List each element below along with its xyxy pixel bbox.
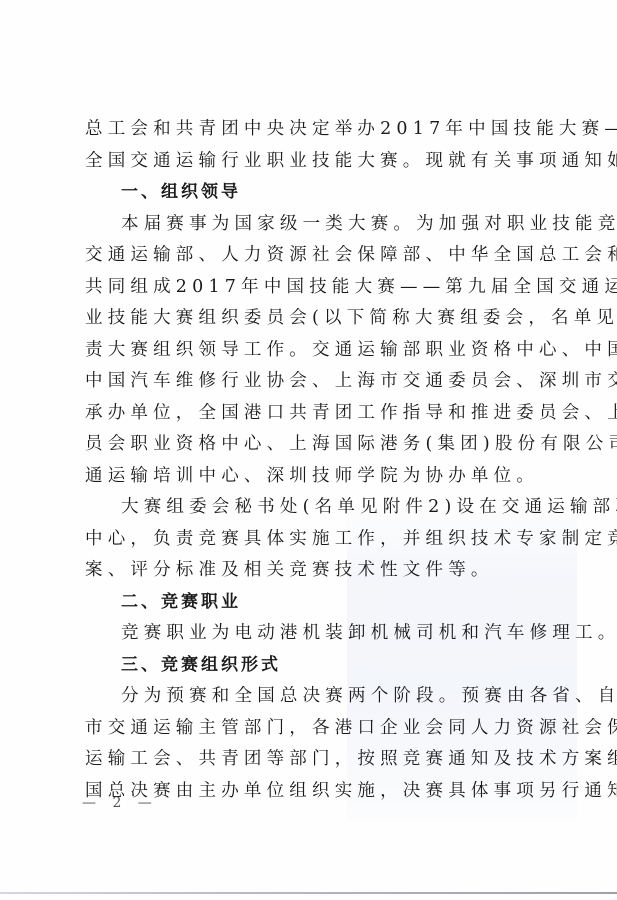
paragraph-line: 业技能大赛组织委员会(以下简称大赛组委会，名单见附件1)，负 xyxy=(85,303,555,335)
paragraph-line: 中国汽车维修行业协会、上海市交通委员会、深圳市交通委员会为 xyxy=(85,366,555,398)
paragraph-line: 责大赛组织领导工作。交通运输部职业资格中心、中国交通报社、 xyxy=(85,335,555,367)
paragraph-line: 竞赛职业为电动港机装卸机械司机和汽车修理工。 xyxy=(85,618,555,650)
document-page: 总工会和共青团中央决定举办2017年中国技能大赛——第九届 全国交通运输行业职业… xyxy=(0,0,617,900)
paragraph-line: 员会职业资格中心、上海国际港务(集团)股份有限公司、深圳市交 xyxy=(85,429,555,461)
page-bottom-edge xyxy=(0,892,617,894)
paragraph-line: 分为预赛和全国总决赛两个阶段。预赛由各省、自治区、直辖 xyxy=(85,681,555,713)
paragraph-line: 中心，负责竞赛具体实施工作，并组织技术专家制定竞赛技术方 xyxy=(85,524,555,556)
paragraph-line: 市交通运输主管部门，各港口企业会同人力资源社会保障厅、交通 xyxy=(85,713,555,745)
section-heading-format: 三、竞赛组织形式 xyxy=(85,650,555,682)
body-line: 总工会和共青团中央决定举办2017年中国技能大赛——第九届 xyxy=(85,114,555,146)
section-heading-occupations: 二、竞赛职业 xyxy=(85,587,555,619)
paragraph-line: 案、评分标准及相关竞赛技术性文件等。 xyxy=(85,555,555,587)
document-body: 总工会和共青团中央决定举办2017年中国技能大赛——第九届 全国交通运输行业职业… xyxy=(85,114,555,807)
section-heading-organization: 一、组织领导 xyxy=(85,177,555,209)
page-number: — 2 — xyxy=(82,795,158,811)
paragraph-line: 大赛组委会秘书处(名单见附件2)设在交通运输部职业资格 xyxy=(85,492,555,524)
paragraph-line: 交通运输部、人力资源社会保障部、中华全国总工会和共青团中央 xyxy=(85,240,555,272)
paragraph-line: 共同组成2017年中国技能大赛——第九届全国交通运输行业职 xyxy=(85,272,555,304)
body-line: 全国交通运输行业职业技能大赛。现就有关事项通知如下： xyxy=(85,146,555,178)
paragraph-line: 通运输培训中心、深圳技师学院为协办单位。 xyxy=(85,461,555,493)
paragraph-line: 本届赛事为国家级一类大赛。为加强对职业技能竞赛领导， xyxy=(85,209,555,241)
paragraph-line: 运输工会、共青团等部门，按照竞赛通知及技术方案组织实施。全 xyxy=(85,744,555,776)
paragraph-line: 承办单位，全国港口共青团工作指导和推进委员会、上海市交通委 xyxy=(85,398,555,430)
